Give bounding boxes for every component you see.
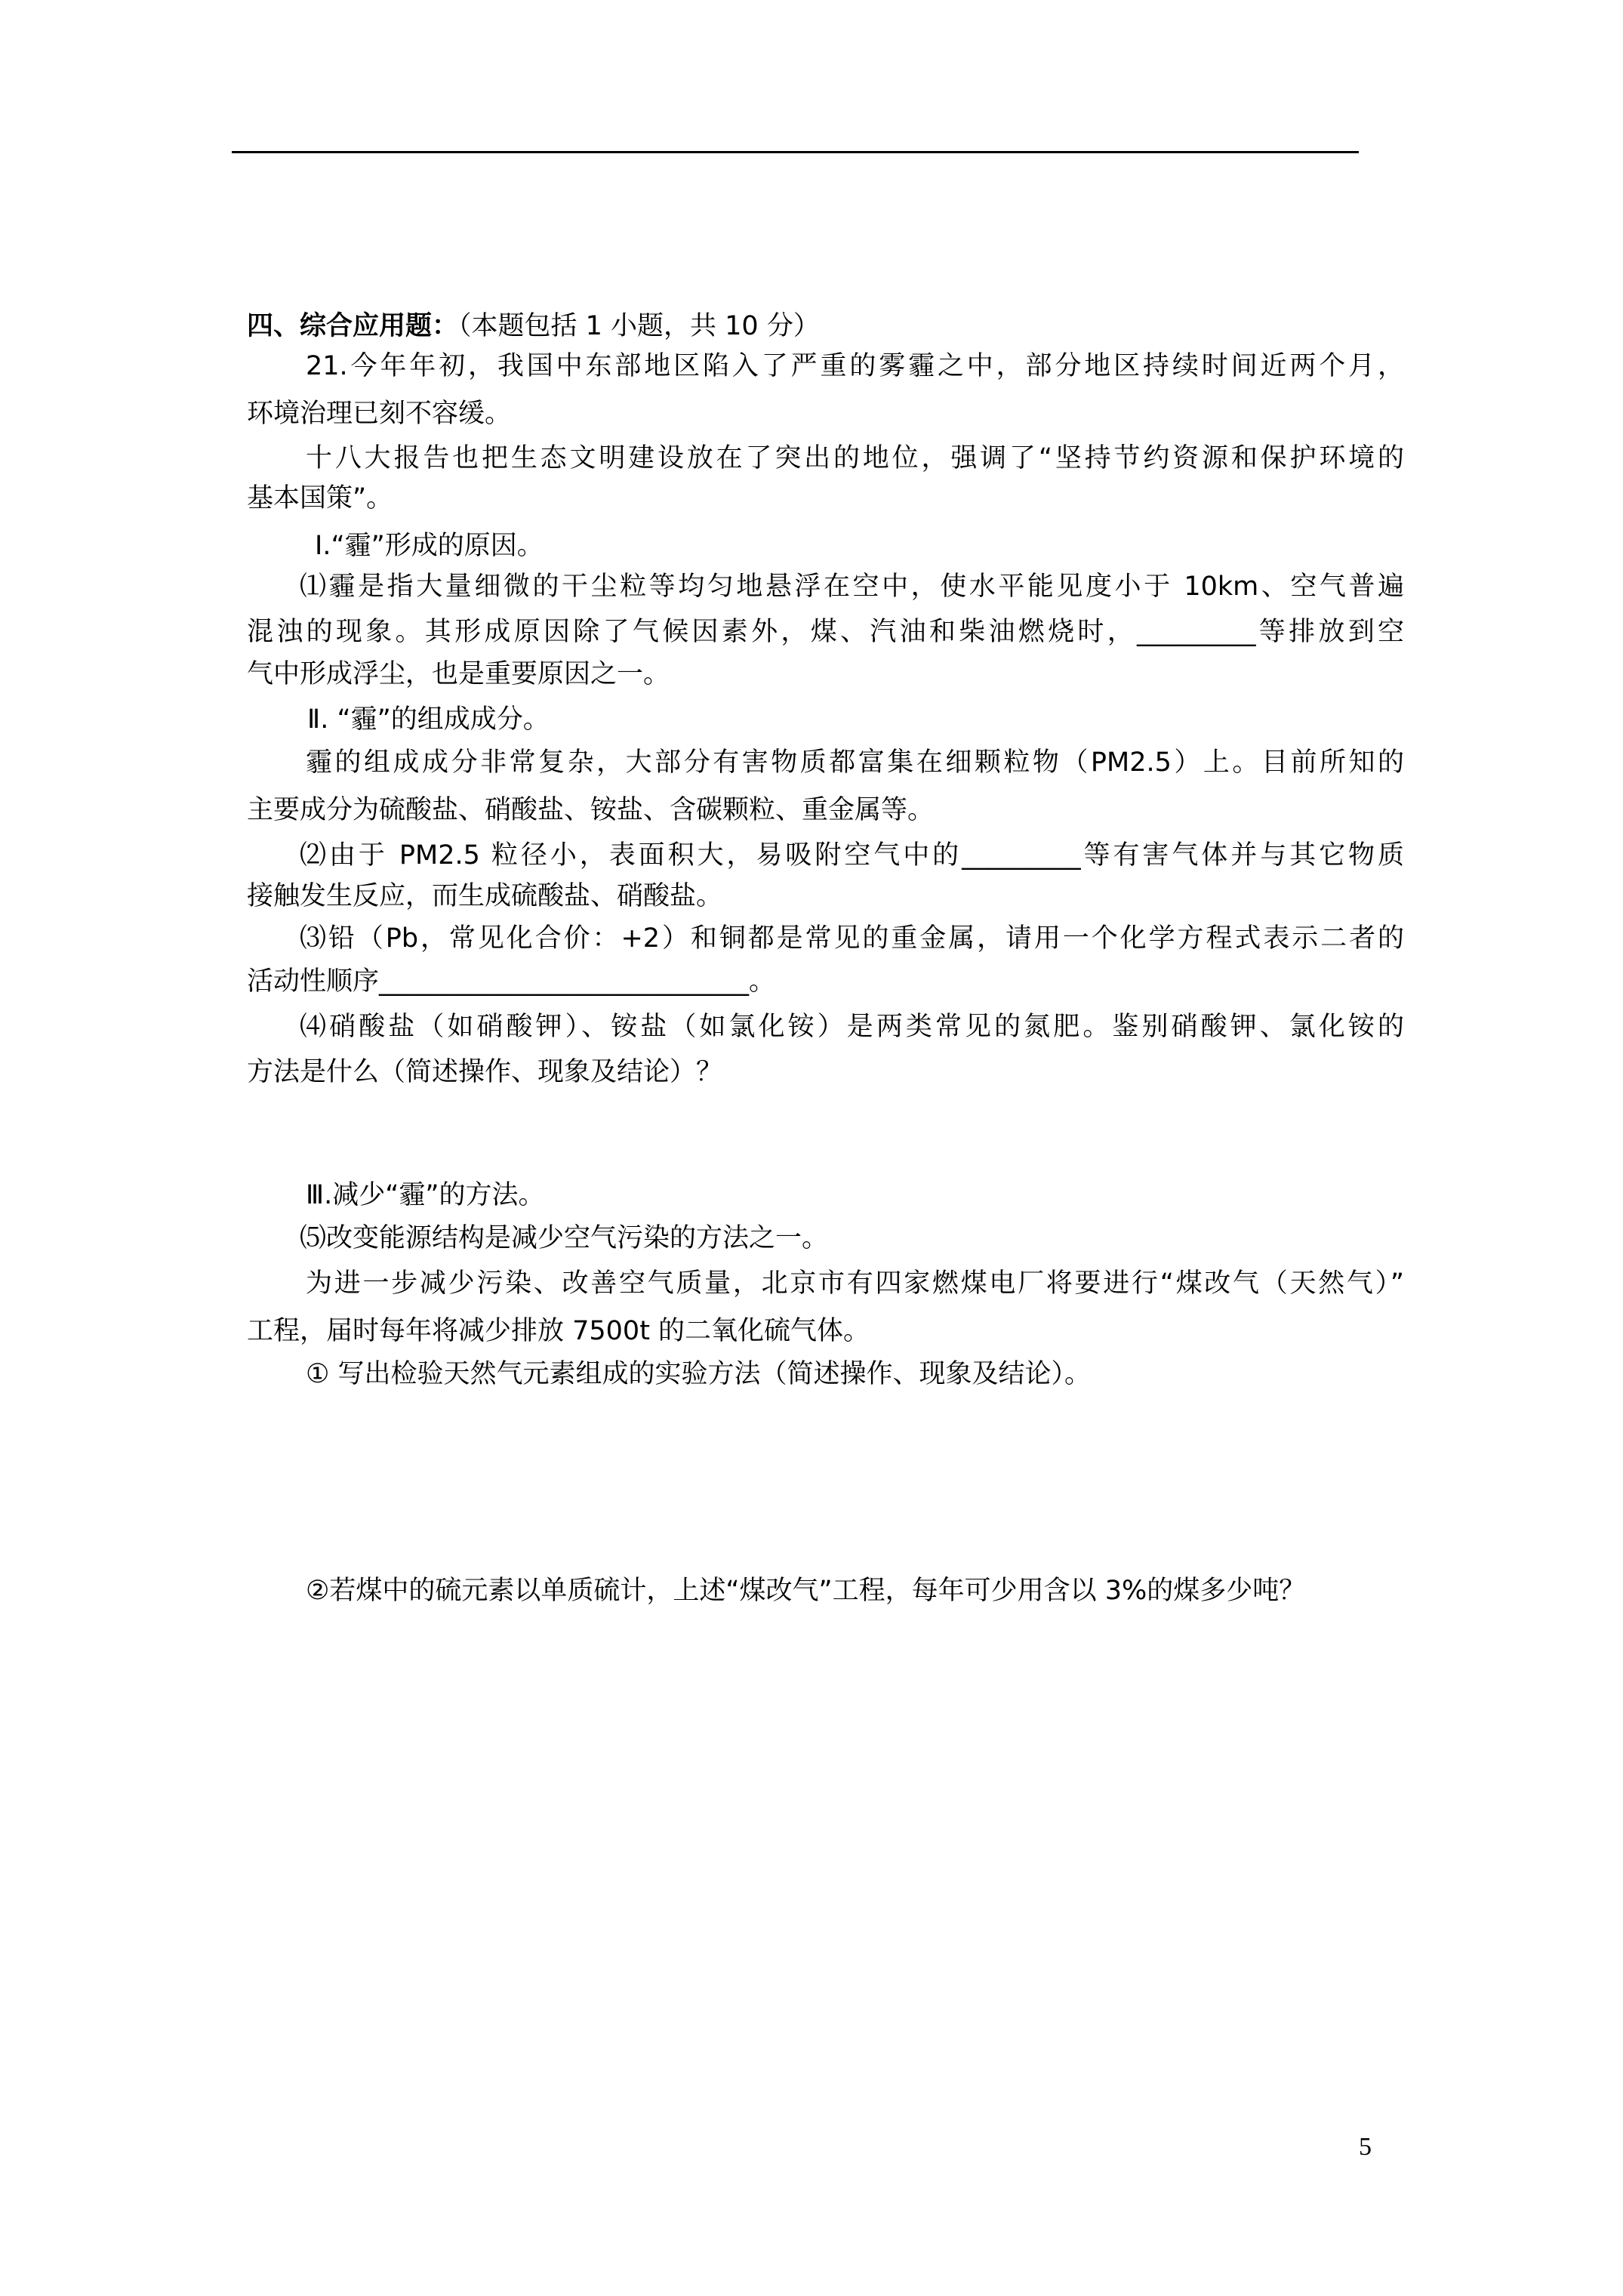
subq-1-line-3: 气中形成浮尘，也是重要原因之一。 <box>247 658 1404 691</box>
part-2-text-line-2: 主要成分为硫酸盐、硝酸盐、铵盐、含碳颗粒、重金属等。 <box>247 794 1404 827</box>
subq-3-line-2: 活动性顺序____________________________。 <box>247 965 1404 998</box>
subq-1-line-1: ⑴霾是指大量细微的干尘粒等均匀地悬浮在空中，使水平能见度小于 10km、空气普遍 <box>247 570 1404 603</box>
subq-5-part-2: ②若煤中的硫元素以单质硫计，上述“煤改气”工程，每年可少用含以 3%的煤多少吨？ <box>247 1574 1404 1607</box>
part-1-heading: Ⅰ.“霾”形成的原因。 <box>247 529 1404 562</box>
part-2-text-line-1: 霾的组成成分非常复杂，大部分有害物质都富集在细颗粒物（PM2.5）上。目前所知的 <box>247 746 1404 779</box>
header-rule <box>232 151 1359 153</box>
question-21-line-2: 环境治理已刻不容缓。 <box>247 397 1404 430</box>
part-2-heading: Ⅱ. “霾”的组成成分。 <box>247 703 1404 736</box>
page-number: 5 <box>1359 2133 1372 2162</box>
subq-5-text-line-2: 工程，届时每年将减少排放 7500t 的二氧化硫气体。 <box>247 1314 1404 1348</box>
section-heading-note: （本题包括 1 小题，共 10 分） <box>458 311 820 341</box>
section-heading: 四、综合应用题：（本题包括 1 小题，共 10 分） <box>247 310 1404 343</box>
question-21-line-3: 十八大报告也把生态文明建设放在了突出的地位，强调了“坚持节约资源和保护环境的 <box>247 442 1404 475</box>
subq-1-line-2: 混浊的现象。其形成原因除了气候因素外，煤、汽油和柴油燃烧时，_________等… <box>247 615 1404 649</box>
subq-5-line-1: ⑸改变能源结构是减少空气污染的方法之一。 <box>247 1222 1404 1255</box>
question-21-line-4: 基本国策”。 <box>247 482 1404 515</box>
part-3-heading: Ⅲ.减少“霾”的方法。 <box>247 1179 1404 1212</box>
subq-3-line-1: ⑶铅（Pb，常见化合价：+2）和铜都是常见的重金属，请用一个化学方程式表示二者的 <box>247 922 1404 955</box>
section-heading-title: 四、综合应用题： <box>247 311 458 341</box>
subq-2-line-2: 接触发生反应，而生成硫酸盐、硝酸盐。 <box>247 880 1404 913</box>
subq-4-line-1: ⑷硝酸盐（如硝酸钾）、铵盐（如氯化铵）是两类常见的氮肥。鉴别硝酸钾、氯化铵的 <box>247 1010 1404 1043</box>
subq-2-line-1: ⑵由于 PM2.5 粒径小，表面积大，易吸附空气中的_________等有害气体… <box>247 839 1404 872</box>
subq-5-part-1: ① 写出检验天然气元素组成的实验方法（简述操作、现象及结论）。 <box>247 1358 1404 1391</box>
question-21-line-1: 21.今年年初，我国中东部地区陷入了严重的雾霾之中，部分地区持续时间近两个月， <box>247 350 1404 383</box>
subq-4-line-2: 方法是什么（简述操作、现象及结论）？ <box>247 1056 1404 1089</box>
subq-5-text-line-1: 为进一步减少污染、改善空气质量，北京市有四家燃煤电厂将要进行“煤改气（天然气）” <box>247 1267 1404 1300</box>
